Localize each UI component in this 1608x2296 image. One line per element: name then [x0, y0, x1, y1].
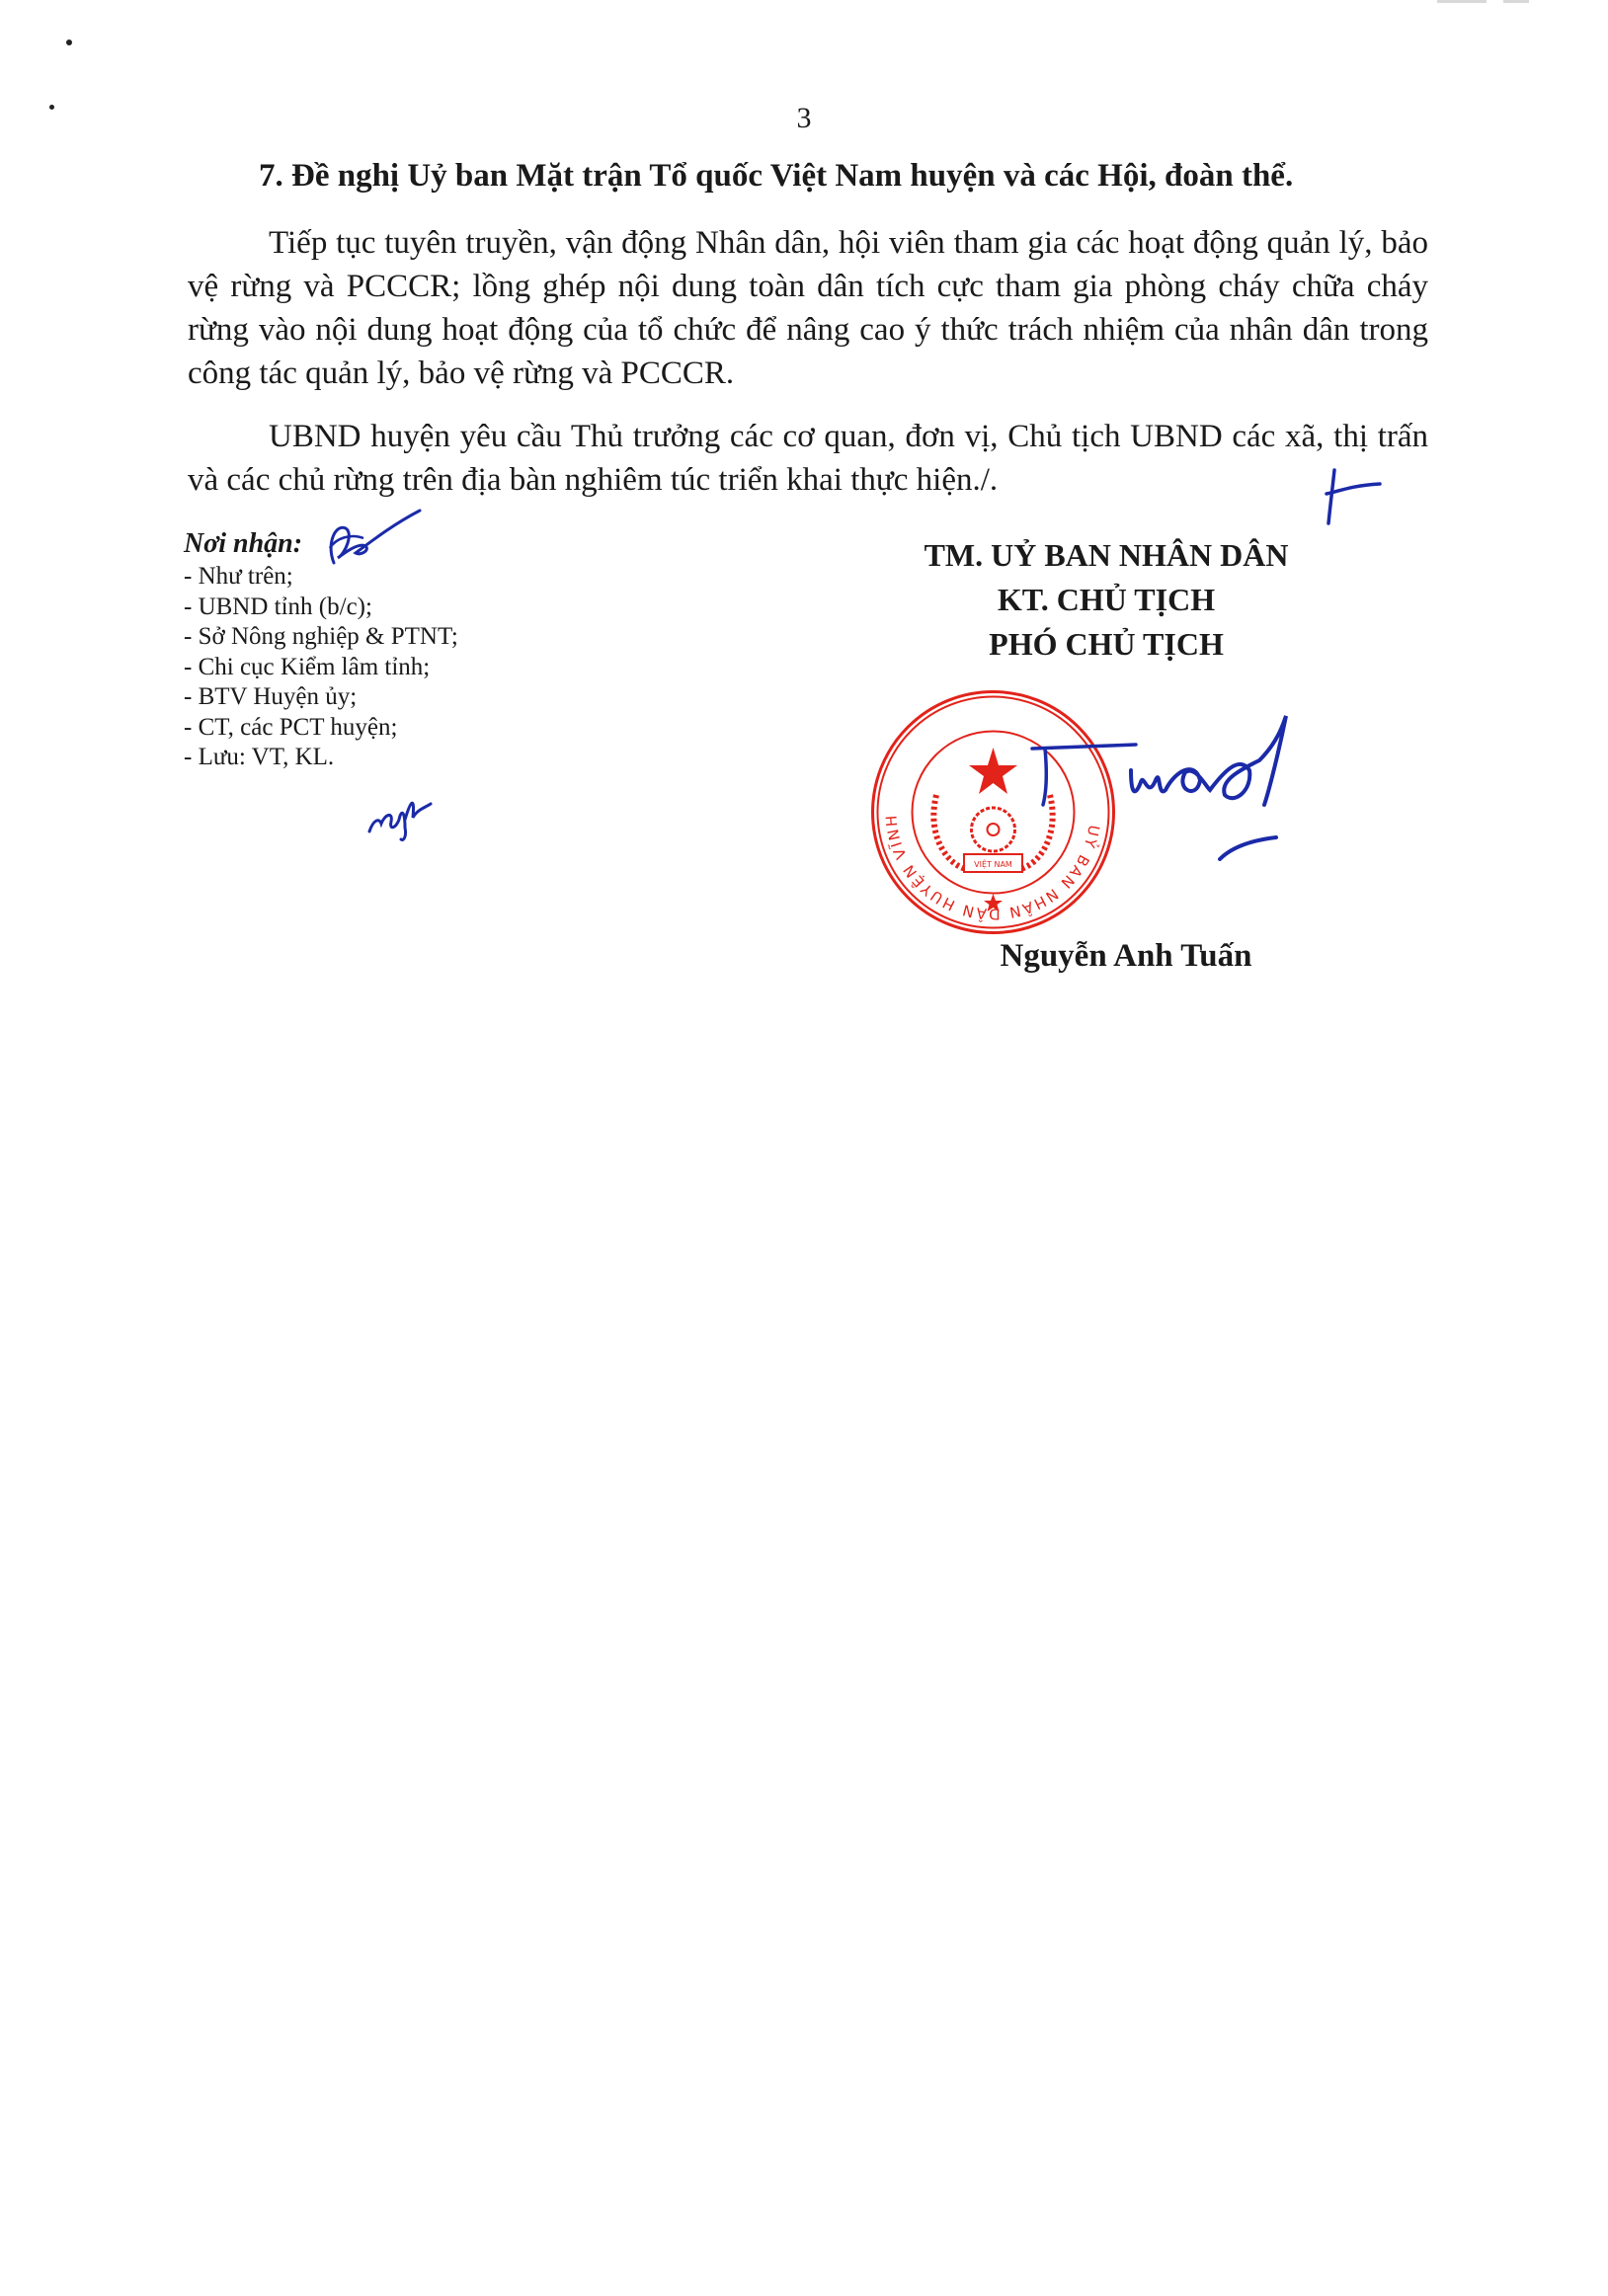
svg-text:VIỆT NAM: VIỆT NAM	[974, 858, 1012, 870]
recipient-item: - UBND tỉnh (b/c);	[184, 593, 599, 623]
sign-line-on-behalf: KT. CHỦ TỊCH	[869, 578, 1343, 622]
signature-block-title: TM. UỶ BAN NHÂN DÂN KT. CHỦ TỊCH PHÓ CHỦ…	[869, 533, 1343, 667]
scan-edge	[1503, 0, 1529, 3]
paragraph-directive: UBND huyện yêu cầu Thủ trưởng các cơ qua…	[188, 415, 1428, 502]
recipient-item: - Sở Nông nghiệp & PTNT;	[184, 622, 599, 653]
handwritten-initial-icon	[316, 509, 425, 578]
sign-line-position: PHÓ CHỦ TỊCH	[869, 622, 1343, 667]
recipient-item: - Lưu: VT, KL.	[184, 743, 599, 773]
signer-name: Nguyễn Anh Tuấn	[948, 938, 1304, 975]
recipient-item: - BTV Huyện ủy;	[184, 682, 599, 713]
scan-edge	[1437, 0, 1487, 3]
recipient-item: - Chi cục Kiểm lâm tỉnh;	[184, 653, 599, 683]
section-heading: 7. Đề nghị Uỷ ban Mặt trận Tổ quốc Việt …	[259, 158, 1434, 195]
handwritten-initial-icon	[1319, 464, 1388, 528]
handwritten-initial-icon	[365, 790, 435, 844]
scan-speck	[66, 40, 72, 45]
recipient-item: - CT, các PCT huyện;	[184, 713, 599, 744]
sign-line-organization: TM. UỶ BAN NHÂN DÂN	[869, 533, 1343, 578]
signature-icon	[1027, 711, 1314, 879]
paragraph-propaganda: Tiếp tục tuyên truyền, vận động Nhân dân…	[188, 221, 1428, 395]
page-number: 3	[0, 102, 1608, 135]
